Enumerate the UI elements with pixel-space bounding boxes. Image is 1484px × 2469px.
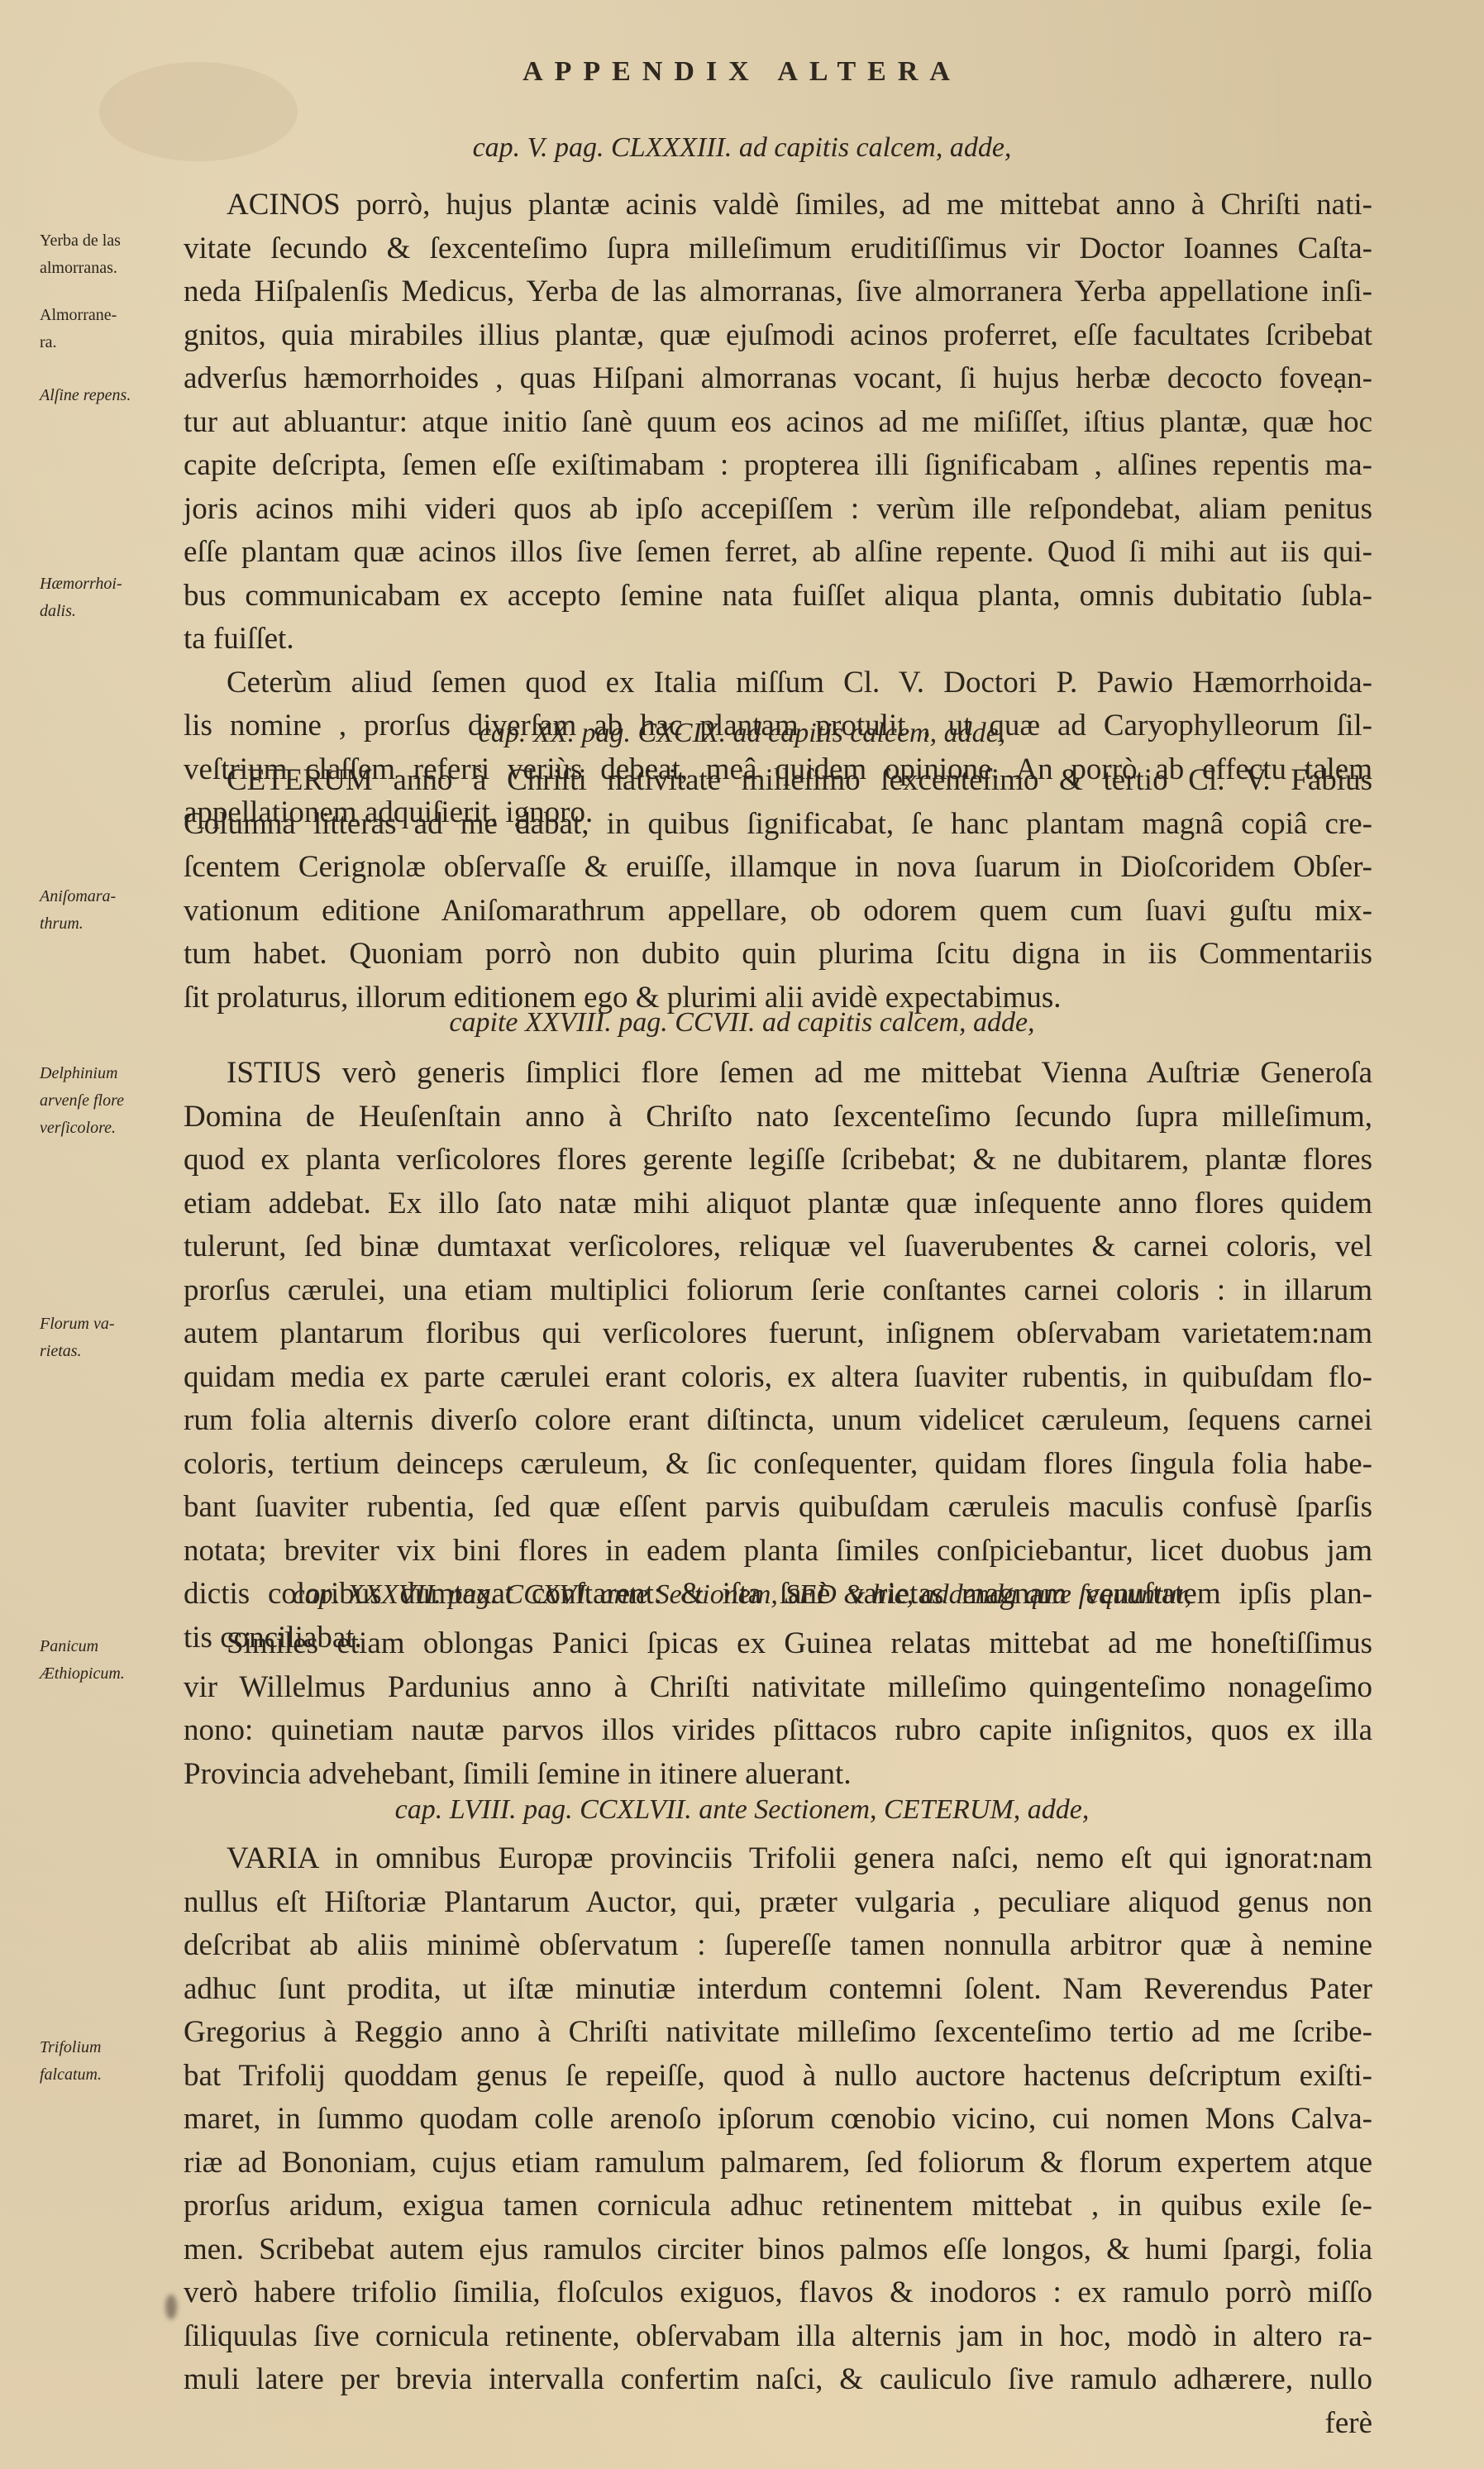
margin-note: Panicum Æthiopicum. [40,1633,180,1688]
text-line: Ceterùm aliud ſemen quod ex Italia miſſu… [184,661,1372,705]
margin-note: Almorrane- ra. [40,302,180,356]
text-line: prorſus cærulei, una etiam multiplici fo… [184,1269,1372,1313]
margin-note: Trifolium falcatum. [40,2034,180,2089]
margin-note: Aniſomara- thrum. [40,883,180,938]
text-line: joris acinos mihi videri quos ab ipſo ac… [184,488,1372,532]
section-rubric: capite XXVIII. pag. CCVII. ad capitis ca… [0,1007,1484,1039]
text-line: vationum editione Aniſomarathrum appella… [184,890,1372,934]
text-line: Similes etiam oblongas Panici ſpicas ex … [184,1622,1372,1666]
text-line: maret, in ſummo quodam colle arenoſo ipſ… [184,2098,1372,2142]
section-body: VARIA in omnibus Europæ provinciis Trifo… [184,1837,1372,2445]
text-line: eſſe plantam quæ acinos illos ſive ſemen… [184,531,1372,575]
text-line: notata; breviter vix bini flores in eade… [184,1530,1372,1574]
text-line: ISTIUS verò generis ſimplici flore ſemen… [184,1052,1372,1096]
text-line: ſcentem Cerignolæ obſervaſſe & eruiſſe, … [184,846,1372,890]
book-page: APPENDIX ALTERA cap. V. pag. CLXXXIII. a… [0,0,1484,2469]
text-line: etiam addebat. Ex illo ſato natæ mihi al… [184,1182,1372,1226]
section-rubric: cap. LVIII. pag. CCXLVII. ante Sectionem… [0,1794,1484,1826]
text-line: autem plantarum floribus qui verſicolore… [184,1312,1372,1356]
text-line: VARIA in omnibus Europæ provinciis Trifo… [184,1837,1372,1881]
text-line: bus communicabam ex accepto ſemine nata … [184,575,1372,618]
text-line: coloris, tertium deinceps cæruleum, & ſi… [184,1443,1372,1487]
text-line: bat Trifolij quoddam genus ſe repeiſſe, … [184,2055,1372,2099]
text-line: rum folia alternis diverſo colore erant … [184,1399,1372,1443]
text-line: Columna litteras ad me dabat, in quibus … [184,803,1372,847]
text-line: ſiliquulas ſive cornicula retinente, obſ… [184,2315,1372,2359]
section-body: CETERUM anno à Chriſti nativitate milleſ… [184,759,1372,1020]
text-line: prorſus aridum, exigua tamen cornicula a… [184,2185,1372,2228]
text-line: neda Hiſpalenſis Medicus, Yerba de las a… [184,270,1372,314]
text-line: tum habet. Quoniam porrò non dubito quin… [184,933,1372,977]
text-line: tur aut abluantur: atque initio ſanè quu… [184,401,1372,445]
text-line: Domina de Heuſenſtain anno à Chriſto nat… [184,1096,1372,1139]
margin-note: Florum va- rietas. [40,1311,180,1365]
section-body: Similes etiam oblongas Panici ſpicas ex … [184,1622,1372,1796]
text-line: men. Scribebat autem ejus ramulos circit… [184,2228,1372,2272]
text-line: ta fuiſſet. [184,618,1372,661]
margin-note: Alſine repens. [40,382,180,409]
text-line: adverſus hæmorrhoides , quas Hiſpani alm… [184,357,1372,401]
text-line: gnitos, quia mirabiles illius plantæ, qu… [184,314,1372,358]
text-line: vir Willelmus Pardunius anno à Chriſti n… [184,1666,1372,1710]
text-line: verò habere trifolio ſimilia, floſculos … [184,2271,1372,2315]
text-line: Gregorius à Reggio anno à Chriſti nativi… [184,2011,1372,2055]
section-body: ISTIUS verò generis ſimplici flore ſemen… [184,1052,1372,1660]
text-line: Provincia advehebant, ſimili ſemine in i… [184,1753,1372,1797]
text-line: ACINOS porrò, hujus plantæ acinis valdè … [184,184,1372,227]
margin-note: Yerba de las almorranas. [40,227,180,282]
section-rubric: cap. V. pag. CLXXXIII. ad capitis calcem… [0,132,1484,164]
text-line: nono: quinetiam nautæ parvos illos virid… [184,1709,1372,1753]
section-rubric: cap. XXXVII. pag. CCXVI. ante Sectionem,… [0,1579,1484,1611]
running-head: APPENDIX ALTERA [0,56,1484,88]
text-line: nullus eſt Hiſtoriæ Plantarum Auctor, qu… [184,1881,1372,1925]
text-line: deſcribat ab aliis minimè obſervatum : ſ… [184,1924,1372,1968]
text-line: quidam media ex parte cærulei erant colo… [184,1356,1372,1400]
text-line: adhuc ſunt prodita, ut iſtæ minutiæ inte… [184,1968,1372,2012]
text-line: quod ex planta verſicolores flores geren… [184,1139,1372,1182]
ink-smudge [165,2295,177,2319]
section-rubric: cap. XX. pag. CXCIX. ad capitis calcem, … [0,718,1484,749]
text-line: tulerunt, ſed binæ dumtaxat verſicolores… [184,1225,1372,1269]
text-line: bant ſuaviter rubentia, ſed quæ eſſent p… [184,1486,1372,1530]
margin-note: Hæmorrhoi- dalis. [40,571,180,625]
text-line: riæ ad Bononiam, cujus etiam ramulum pal… [184,2142,1372,2185]
text-line: CETERUM anno à Chriſti nativitate milleſ… [184,759,1372,803]
text-line: capite deſcripta, ſemen eſſe exiſtimabam… [184,444,1372,488]
catchword: ferè [184,2402,1372,2446]
text-line: muli latere per brevia intervalla confer… [184,2358,1372,2402]
margin-note: Delphinium arvenſe flore verſicolore. [40,1060,180,1142]
text-line: vitate ſecundo & ſexcenteſimo ſupra mill… [184,227,1372,271]
